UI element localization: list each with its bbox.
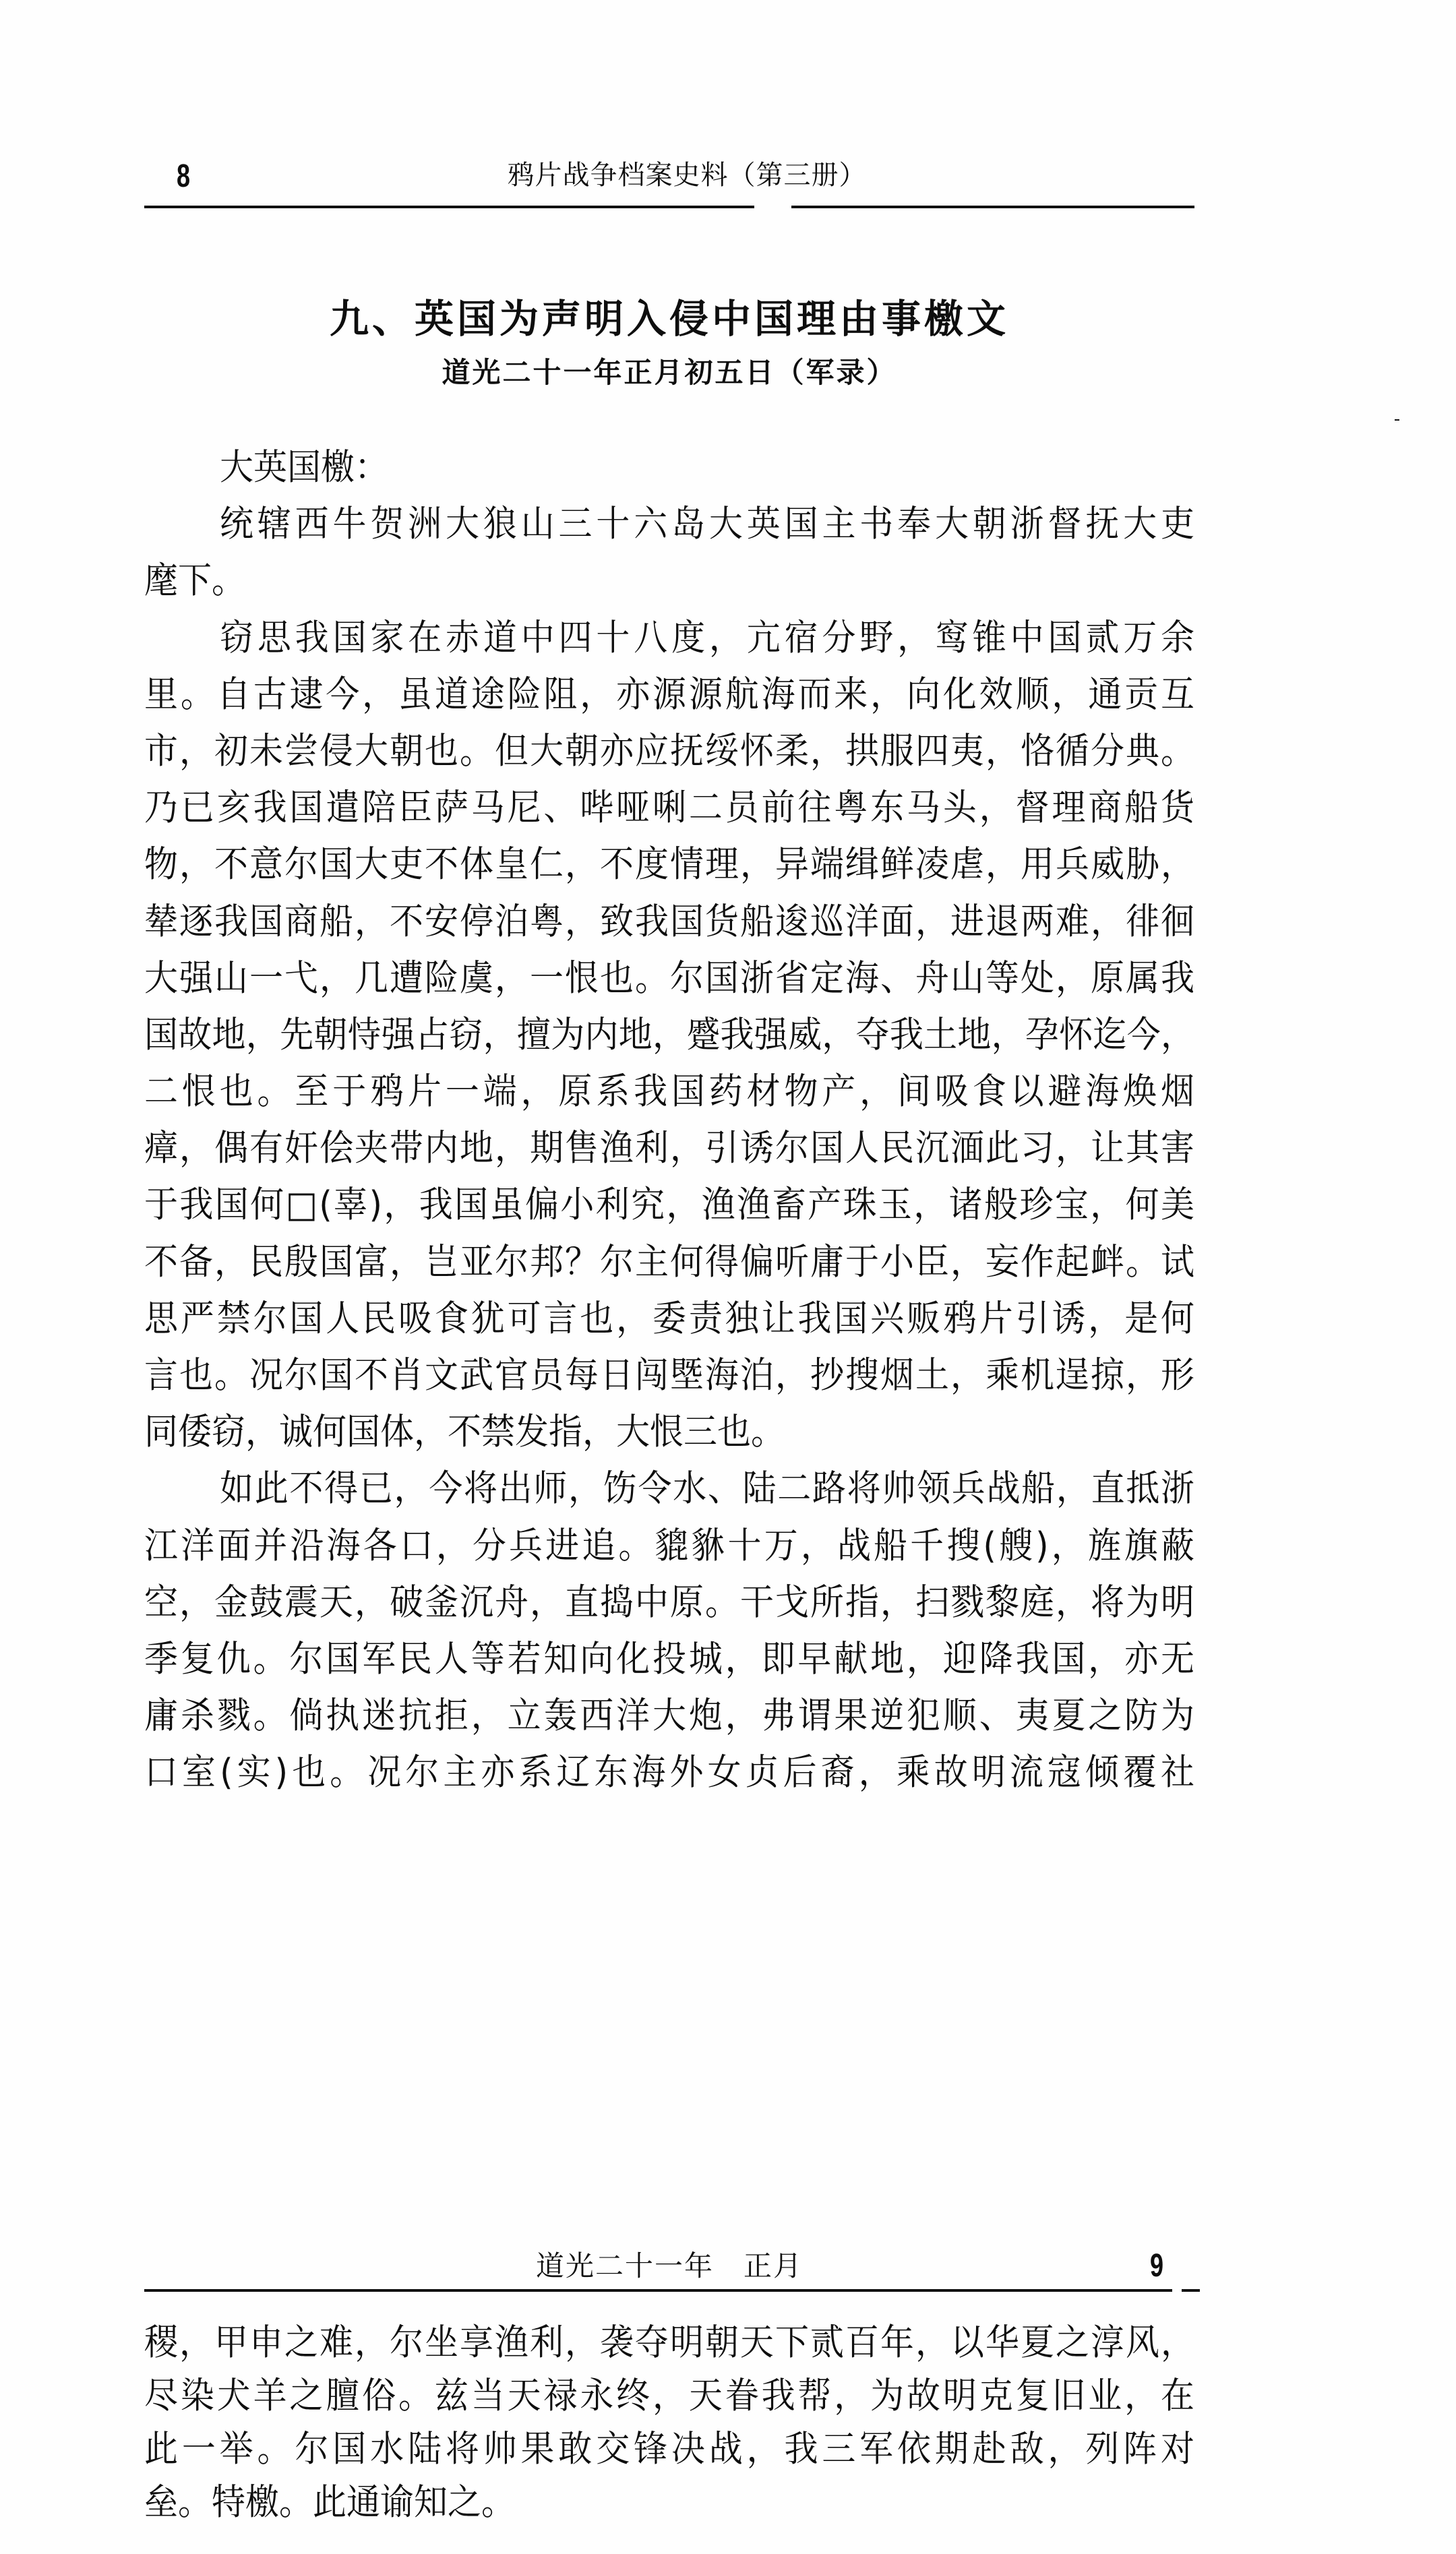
document-title: 九、英国为声明入侵中国理由事檄文	[144, 292, 1194, 346]
text-line: 不备，民殷国富，岂亚尔邦？尔主何得偏听庸于小臣，妄作起衅。试	[144, 1232, 1194, 1292]
text-line: 口室(实)也。况尔主亦系辽东海外女贞后裔，乘故明流寇倾覆社	[144, 1742, 1194, 1802]
text-line: 统辖西牛贺洲大狼山三十六岛大英国主书奉大朝浙督抚大吏	[144, 493, 1194, 554]
text-line: 庸杀戮。倘执迷抗拒，立轰西洋大炮，弗谓果逆犯顺、夷夏之防为	[144, 1685, 1194, 1746]
text-line: 二恨也。至于鸦片一端，原系我国药材物产，间吸食以避海焕烟	[144, 1061, 1194, 1122]
header-rule	[144, 206, 1194, 208]
text-line: 言也。况尔国不肖文武官员每日闯塈海泊，抄搜烟土，乘机逞掠，形	[144, 1345, 1194, 1405]
document-date-source: 道光二十一年正月初五日（军录）	[144, 353, 1194, 393]
text-line: 垒。特檄。此通谕知之。	[144, 2474, 1194, 2531]
text-line: 季复仇。尔国军民人等若知向化投城，即早献地，迎降我国，亦无	[144, 1629, 1194, 1689]
text-line: 空，金鼓震天，破釜沉舟，直捣中原。干戈所指，扫戮黎庭，将为明	[144, 1572, 1194, 1633]
text-line: 大强山一弋，几遭险虞，一恨也。尔国浙省定海、舟山等处，原属我	[144, 948, 1194, 1008]
text-line: 于我国何□(辜)，我国虽偏小利究，渔渔畜产珠玉，诸般珍宝，何美	[144, 1174, 1194, 1235]
text-line: 窃思我国家在赤道中四十八度，亢宿分野，窎锥中国贰万余	[144, 607, 1194, 668]
text-line: 乃已亥我国遣陪臣萨马尼、哔哑唎二员前往粤东马头，督理商船货	[144, 777, 1194, 838]
text-line: 瘴，偶有奸侩夹带内地，期售渔利，引诱尔国人民沉湎此习，让其害	[144, 1118, 1194, 1178]
text-line: 尽染犬羊之膻俗。兹当天禄永终，天眷我帮，为故明克复旧业，在	[144, 2367, 1194, 2425]
text-line: 辇逐我国商船，不安停泊粤，致我国货船逡巡洋面，进退两难，徘徊	[144, 891, 1194, 952]
running-head-book-title: 鸦片战争档案史料（第三册）	[144, 156, 1194, 194]
scan-artifact-mark	[1395, 419, 1399, 421]
header-rule	[144, 2289, 1200, 2292]
text-line: 此一举。尔国水陆将帅果敢交锋决战，我三军依期赴敌，列阵对	[144, 2421, 1194, 2478]
page-number-right: 9	[1150, 2247, 1163, 2285]
text-line: 麾下。	[144, 550, 1194, 611]
text-line: 同倭窃，诚何国体，不禁发指，大恨三也。	[144, 1401, 1194, 1462]
text-line: 物，不意尔国大吏不体皇仁，不度情理，异端缉鲜凌虐，用兵威胁，	[144, 834, 1194, 894]
text-line: 江洋面并沿海各口，分兵进追。貔貅十万，战船千搜(艘)，旌旗蔽	[144, 1515, 1194, 1576]
text-line: 里。自古逮今，虽道途险阻，亦源源航海而来，向化效顺，通贡互	[144, 664, 1194, 725]
document-body-continued: 稷，甲申之难，尔坐享渔利，袭夺明朝天下贰百年，以华夏之淳风， 尽染犬羊之膻俗。兹…	[144, 2316, 1194, 2529]
text-line: 市，初未尝侵大朝也。但大朝亦应抚绥怀柔，拱服四夷，恪循分典。	[144, 721, 1194, 781]
salutation-line: 大英国檄：	[144, 437, 1194, 497]
text-line: 如此不得已，今将出师，饬令水、陆二路将帅领兵战船，直抵浙	[144, 1458, 1194, 1519]
text-line: 国故地，先朝恃强占窃，擅为内地，蹙我强威，夺我土地，孕怀迄今，	[144, 1004, 1194, 1065]
document-body: 大英国檄： 统辖西牛贺洲大狼山三十六岛大英国主书奉大朝浙督抚大吏 麾下。 窃思我…	[144, 439, 1194, 1801]
text-line: 思严禁尔国人民吸食犹可言也，委责独让我国兴贩鸦片引诱，是何	[144, 1288, 1194, 1349]
text-line: 稷，甲申之难，尔坐享渔利，袭夺明朝天下贰百年，以华夏之淳风，	[144, 2314, 1194, 2371]
running-head-date: 道光二十一年 正月	[144, 2247, 1194, 2285]
